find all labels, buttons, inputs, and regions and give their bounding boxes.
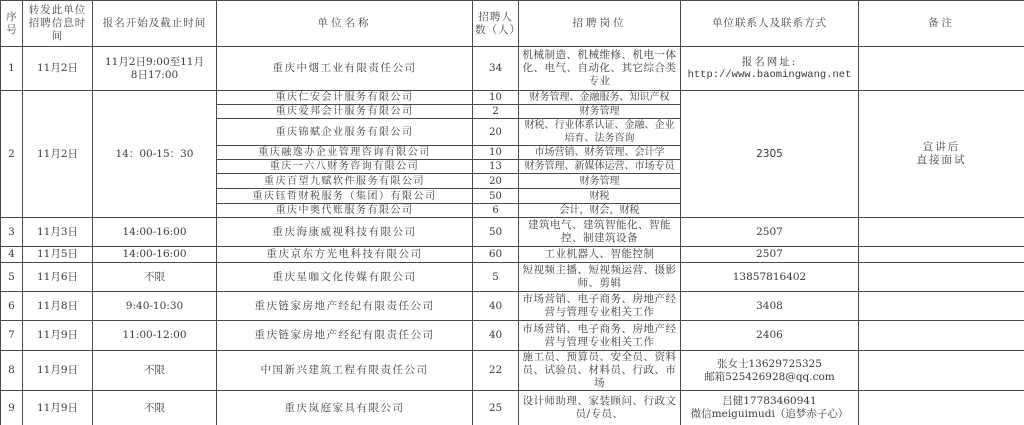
cell-contact: 3408: [681, 292, 859, 321]
cell-no: 6: [1, 292, 23, 321]
cell-remark: [859, 391, 1024, 425]
cell-count: 40: [473, 292, 519, 321]
cell-positions: 财务管理: [519, 105, 681, 119]
cell-company: 重庆爱邦会计服务有限公司: [217, 105, 473, 119]
table-row: 2 11月2日 14：00-15：30 重庆仁安会计服务有限公司 10 财务管理…: [1, 91, 1024, 105]
cell-remark: [859, 218, 1024, 247]
cell-signup-time: 不限: [93, 391, 217, 425]
cell-contact: 2507: [681, 218, 859, 247]
signup-url-link[interactable]: http://www.baomingwang.net: [683, 69, 856, 82]
cell-no: 4: [1, 247, 23, 263]
table-row: 3 11月3日 14:00-16:00 重庆海康威视科技有限公司 50 建筑电气…: [1, 218, 1024, 247]
cell-remark: [859, 321, 1024, 351]
cell-forward-time: 11月6日: [23, 263, 93, 292]
cell-forward-time: 11月5日: [23, 247, 93, 263]
cell-positions: 财税: [519, 189, 681, 204]
contact-email: 邮箱525426928@qq.com: [683, 371, 856, 384]
cell-positions: 机械制造、机械维修、机电一体化、电气、自动化、其它综合类专业: [519, 47, 681, 91]
cell-count: 50: [473, 189, 519, 204]
cell-forward-time: 11月9日: [23, 351, 93, 391]
cell-company: 重庆星咖文化传媒有限公司: [217, 263, 473, 292]
remark-line1: 宣讲后: [861, 141, 1022, 154]
cell-remark: [859, 292, 1024, 321]
cell-contact: 2406: [681, 321, 859, 351]
cell-signup-time: 11月2日9:00至11月8日17:00: [93, 47, 217, 91]
cell-company: 重庆锦赋企业服务有限公司: [217, 119, 473, 146]
cell-positions: 财务管理、金融服务、知识产权: [519, 91, 681, 105]
cell-remark: [859, 263, 1024, 292]
cell-positions: 工业机器人、智能控制: [519, 247, 681, 263]
cell-positions: 财税、行业体系认证、金融、企业培育、法务咨询: [519, 119, 681, 146]
cell-contact: 2305: [681, 91, 859, 218]
cell-count: 50: [473, 218, 519, 247]
cell-signup-time: 不限: [93, 263, 217, 292]
cell-signup-time: 14：00-15：30: [93, 91, 217, 218]
cell-count: 2: [473, 105, 519, 119]
cell-remark: 宣讲后 直接面试: [859, 91, 1024, 218]
cell-positions: 市场营销、电子商务、房地产经营与管理专业相关工作: [519, 292, 681, 321]
cell-signup-time: 14:00-16:00: [93, 218, 217, 247]
cell-no: 9: [1, 391, 23, 425]
cell-signup-time: 不限: [93, 351, 217, 391]
header-company: 单位名称: [217, 1, 473, 47]
cell-count: 34: [473, 47, 519, 91]
remark-line2: 直接面试: [861, 154, 1022, 167]
table-row: 8 11月9日 不限 中国新兴建筑工程有限责任公司 22 施工员、预算员、安全员…: [1, 351, 1024, 391]
cell-positions: 市场营销、财务管理、会计学: [519, 146, 681, 160]
cell-count: 60: [473, 247, 519, 263]
table-row: 5 11月6日 不限 重庆星咖文化传媒有限公司 5 短视频主播、短视频运营、摄影…: [1, 263, 1024, 292]
cell-positions: 施工员、预算员、安全员、资料员、试验员、材料员、行政、市场: [519, 351, 681, 391]
cell-company: 重庆钰哲财税服务（集团）有限公司: [217, 189, 473, 204]
header-contact: 单位联系人及联系方式: [681, 1, 859, 47]
cell-company: 中国新兴建筑工程有限责任公司: [217, 351, 473, 391]
cell-forward-time: 11月9日: [23, 321, 93, 351]
cell-count: 25: [473, 391, 519, 425]
cell-contact: 13857816402: [681, 263, 859, 292]
cell-company: 重庆京东方光电科技有限公司: [217, 247, 473, 263]
cell-company: 重庆岚庭家具有限公司: [217, 391, 473, 425]
table-row: 1 11月2日 11月2日9:00至11月8日17:00 重庆中烟工业有限责任公…: [1, 47, 1024, 91]
cell-positions: 短视频主播、短视频运营、摄影师、剪辑: [519, 263, 681, 292]
cell-company: 重庆融逸办企业管理咨询有限公司: [217, 146, 473, 160]
cell-count: 22: [473, 351, 519, 391]
cell-signup-time: 9:40-10:30: [93, 292, 217, 321]
cell-contact: 2507: [681, 247, 859, 263]
contact-label: 报名网址:: [683, 56, 856, 69]
cell-remark: [859, 351, 1024, 391]
cell-company: 重庆仁安会计服务有限公司: [217, 91, 473, 105]
header-no: 序号: [1, 1, 23, 47]
cell-count: 6: [473, 204, 519, 218]
cell-count: 40: [473, 321, 519, 351]
cell-count: 5: [473, 263, 519, 292]
contact-phone: 吕健17783460941: [683, 395, 856, 408]
cell-no: 8: [1, 351, 23, 391]
cell-positions: 设计师助理、家装顾问、行政文员/专员、: [519, 391, 681, 425]
cell-company: 重庆百望九赋软件服务有限公司: [217, 174, 473, 189]
cell-remark: [859, 47, 1024, 91]
cell-count: 10: [473, 91, 519, 105]
cell-count: 20: [473, 119, 519, 146]
header-count: 招聘人数（人）: [473, 1, 519, 47]
table-row: 9 11月9日 不限 重庆岚庭家具有限公司 25 设计师助理、家装顾问、行政文员…: [1, 391, 1024, 425]
header-signup-time: 报名开始及截止时间: [93, 1, 217, 47]
cell-contact: 报名网址: http://www.baomingwang.net: [681, 47, 859, 91]
header-positions: 招聘岗位: [519, 1, 681, 47]
contact-wechat: 微信meiguimudi（追梦赤子心）: [683, 408, 856, 421]
cell-forward-time: 11月9日: [23, 391, 93, 425]
cell-positions: 市场营销、电子商务、房地产经营与管理专业相关工作: [519, 321, 681, 351]
cell-no: 2: [1, 91, 23, 218]
cell-company: 重庆中奥代账服务有限公司: [217, 204, 473, 218]
cell-company: 重庆链家房地产经纪有限责任公司: [217, 292, 473, 321]
cell-positions: 财务管理、新媒体运营、市场专员: [519, 160, 681, 174]
table-row: 4 11月5日 14:00-16:00 重庆京东方光电科技有限公司 60 工业机…: [1, 247, 1024, 263]
header-forward-time: 转发此单位招聘信息时间: [23, 1, 93, 47]
cell-forward-time: 11月3日: [23, 218, 93, 247]
cell-count: 20: [473, 174, 519, 189]
cell-no: 7: [1, 321, 23, 351]
recruitment-table: 序号 转发此单位招聘信息时间 报名开始及截止时间 单位名称 招聘人数（人） 招聘…: [0, 0, 1024, 425]
cell-forward-time: 11月8日: [23, 292, 93, 321]
header-row: 序号 转发此单位招聘信息时间 报名开始及截止时间 单位名称 招聘人数（人） 招聘…: [1, 1, 1024, 47]
cell-company: 重庆链家房地产经纪有限责任公司: [217, 321, 473, 351]
cell-company: 重庆一六八财务咨询有限公司: [217, 160, 473, 174]
cell-no: 3: [1, 218, 23, 247]
cell-contact: 张女士13629725325 邮箱525426928@qq.com: [681, 351, 859, 391]
cell-contact: 吕健17783460941 微信meiguimudi（追梦赤子心）: [681, 391, 859, 425]
cell-no: 5: [1, 263, 23, 292]
cell-signup-time: 14:00-16:00: [93, 247, 217, 263]
cell-no: 1: [1, 47, 23, 91]
cell-signup-time: 11:00-12:00: [93, 321, 217, 351]
table-row: 7 11月9日 11:00-12:00 重庆链家房地产经纪有限责任公司 40 市…: [1, 321, 1024, 351]
cell-company: 重庆中烟工业有限责任公司: [217, 47, 473, 91]
contact-phone: 张女士13629725325: [683, 358, 856, 371]
cell-forward-time: 11月2日: [23, 91, 93, 218]
cell-count: 13: [473, 160, 519, 174]
cell-forward-time: 11月2日: [23, 47, 93, 91]
cell-company: 重庆海康威视科技有限公司: [217, 218, 473, 247]
cell-count: 10: [473, 146, 519, 160]
table-row: 6 11月8日 9:40-10:30 重庆链家房地产经纪有限责任公司 40 市场…: [1, 292, 1024, 321]
cell-positions: 会计，财会，财税: [519, 204, 681, 218]
cell-positions: 建筑电气、建筑智能化、智能控、制建筑设备: [519, 218, 681, 247]
cell-positions: 财务管理: [519, 174, 681, 189]
cell-remark: [859, 247, 1024, 263]
header-remark: 备注: [859, 1, 1024, 47]
